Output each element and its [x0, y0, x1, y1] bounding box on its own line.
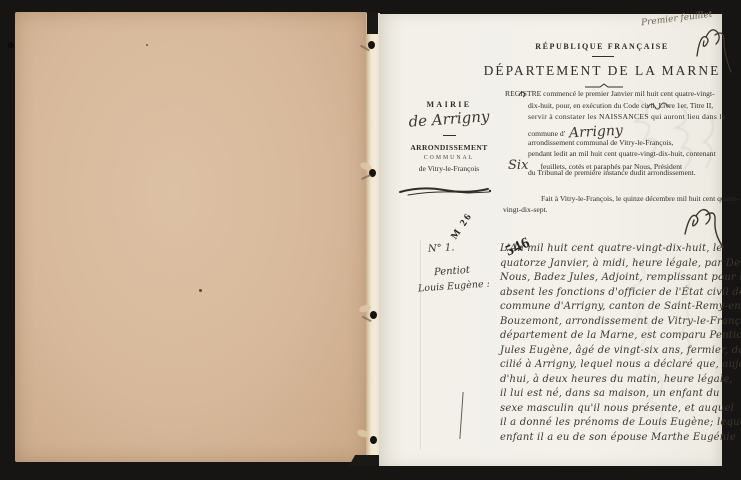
binding-stitch [370, 311, 377, 319]
act-body: L'An mil huit cent quatre-vingt-dix-huit… [500, 243, 732, 453]
paper-speck [146, 44, 148, 46]
paper-speck [199, 289, 202, 292]
margin-act-number: N° 1. [428, 242, 455, 254]
binding-stitch [370, 436, 377, 444]
flourish-divider [398, 184, 492, 198]
ville-label: de Vitry-le-François [399, 164, 499, 173]
act-line: département de la Marne, est comparu Pen… [500, 330, 741, 341]
arrondissement-label: ARRONDISSEMENT [399, 143, 499, 152]
binding-page-edge [366, 13, 380, 465]
left-blank-page [15, 12, 367, 462]
film-hole [8, 42, 14, 48]
binding-stitch [368, 41, 375, 49]
act-line: il a donné les prénoms de Louis Eugène; … [500, 417, 741, 428]
act-line: Jules Eugène, âgé de vingt-six ans, ferm… [500, 345, 741, 356]
registre-line: dix-huit, pour, en exécution du Code civ… [528, 101, 730, 110]
communal-label: COMMUNAL [399, 155, 499, 161]
page-crease [420, 240, 421, 450]
scanned-register-page: Premier feuillet RÉPUBLIQUE FRANÇAISE DÉ… [0, 0, 741, 480]
registre-line: servir à constater les NAISSANCES qui au… [528, 112, 730, 121]
registre-line: REGISTRE commencé le premier Janvier mil… [505, 89, 730, 98]
act-line: quatorze Janvier, à midi, heure légale, … [500, 258, 741, 269]
fait-line: vingt-dix-sept. [503, 205, 603, 214]
act-line: d'hui, à deux heures du matin, heure lég… [500, 374, 733, 385]
ink-correction [645, 100, 671, 112]
binding-gap-top [367, 12, 378, 34]
department-heading: DÉPARTEMENT DE LA MARNE [468, 63, 736, 79]
act-line: il lui est né, dans sa maison, un enfant… [500, 388, 720, 399]
registre-line: arrondissement communal de Vitry-le-Fran… [528, 138, 730, 147]
republic-heading: RÉPUBLIQUE FRANÇAISE [480, 42, 724, 51]
fait-line: Fait à Vitry-le-François, le quinze déce… [541, 194, 731, 203]
commune-prefix: commune d' [528, 129, 565, 138]
act-line: enfant il a eu de son épouse Marthe Eugé… [500, 432, 736, 443]
registre-line: du Tribunal de première instance dudit a… [528, 168, 730, 177]
act-line: Bouzemont, arrondissement de Vitry-le-Fr… [500, 316, 741, 327]
act-line: commune d'Arrigny, canton de Saint-Remy-… [500, 301, 741, 312]
act-line: Nous, Badez Jules, Adjoint, remplissant … [500, 272, 741, 283]
act-line: cilié à Arrigny, lequel nous a déclaré q… [500, 359, 741, 370]
mairie-rule [443, 135, 456, 136]
feuillets-count-handwritten: Six [508, 158, 528, 173]
act-line: absent les fonctions d'officier de l'Éta… [500, 287, 741, 298]
heading-rule [592, 56, 614, 57]
act-line: L'An mil huit cent quatre-vingt-dix-huit… [500, 243, 723, 254]
act-line: sexe masculin qu'il nous présente, et au… [500, 403, 734, 414]
